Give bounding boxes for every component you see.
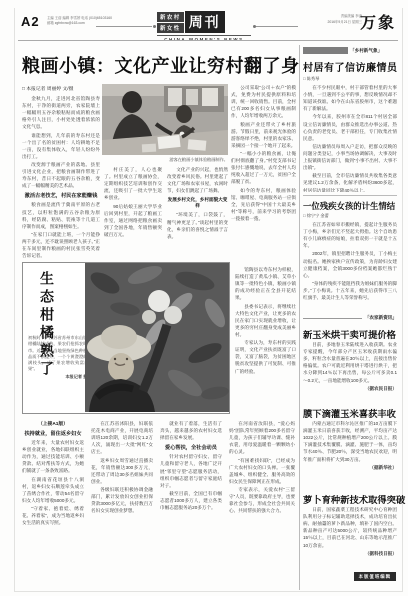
paragraph: 各级妇联还积极协调金融部门，累计发放妇女创业担保贷款3000多亿元，扶持数百万名… xyxy=(91,486,153,514)
paragraph: 金秋九月，走进河北省馆陶县寿东村，干净的街道两旁，农家院墙上一幅幅用五谷杂粮粘贴… xyxy=(22,95,100,131)
masthead-english-name: CHINA WOMEN'S NEWS xyxy=(157,35,251,43)
main-article-col1: □ 本报记者 周丽婷 文/摄 金秋九月，走进河北省馆陶县寿东村，干净的街道两旁，… xyxy=(22,84,100,260)
section-tag-row-2: 「农家新资讯」 xyxy=(303,315,397,321)
rc-article2-byline: □ 徐宁宁 金蕾 xyxy=(303,213,397,219)
newspaper-page: A2 主编 王蓓 编辑 李雪婷 电话 (010)65103160 邮箱 zgfn… xyxy=(0,0,408,596)
main-subhead-1: 激活古老技艺，村民在家能赚钱 xyxy=(22,192,100,199)
paragraph: 专家表示，关爱农村“三留守”人员，既要靠政府主导，也要靠社会参与，形成全社会共同… xyxy=(229,486,295,514)
paragraph: 如今的寿东村，粮画体验馆、咖啡屋、电商服务站一应俱全，先后获得“中国十大最美乡村… xyxy=(231,187,296,223)
paragraph: 截至目前，全市信访廉情员共收集各类意见建议1.2万余条，化解矛盾纠纷3600多起… xyxy=(303,172,397,192)
rc-news3-headline: 萝卜育种新技术取得突破 xyxy=(303,492,397,506)
paragraph: 近年来，大量农村妇女返乡创业就业，各地妇联组织主动作为，通过技能培训、小额贷款、… xyxy=(22,439,84,475)
paragraph: 目前，多地春玉米陆续进入收获期。农业专家提醒，今年部分产区玉米收获期雨水偏多，籽… xyxy=(303,341,397,384)
masthead-name-stack: 新农村 新女性 xyxy=(157,11,184,33)
header-bottom-rule xyxy=(18,40,398,41)
masthead-row2: 新女性 xyxy=(157,23,184,33)
paragraph: “守着家、抱着娃、绣着花、养着家”，成为当地返乡妇女生活的真实写照。 xyxy=(22,505,84,526)
paragraph: 90后姑娘王丽大学毕业后回到村里，开起了粮画工作室，通过网络把粮食画卖到了全国各… xyxy=(104,203,162,239)
paragraph: 返乡妇女周雪通过直播卖花，年销售额达300多万元，还带动了周边30多名姐妹共同创… xyxy=(91,457,153,485)
continued-article-col1: （上接A1版） 扶持就业，留住返乡妇女 近年来，大量农村妇女返乡创业就业，各地妇… xyxy=(22,420,84,588)
paragraph: “在家门口就能上班，一个月能挣两千多元，还不耽误照顾老人孩子。”正在车间里制作粮… xyxy=(22,231,100,259)
paragraph: 截至目前，全国已有巾帼志愿者1000多万人，建立各类巾帼志愿服务站20多万个。 xyxy=(160,490,222,511)
continued-article-col2: 在江苏省沭阳县，妇联依托花木电商产业，开展电商培训班120余期，培训妇女1.2万… xyxy=(91,420,153,588)
paragraph: 公司采取“公司＋农户”的模式，免费为村民提供原料和培训，统一回收销售。目前，全村… xyxy=(231,84,296,120)
main-article-col3: 文化产业的兴起，也悄然改变着乡风民俗。村里建起了文化广场和农家书屋，农闲时节，妇… xyxy=(167,166,228,258)
main-article-col4: 公司采取“公司＋农户”的模式，免费为村民提供原料和培训，统一回收销售。目前，全村… xyxy=(231,84,296,260)
header-dot-right xyxy=(253,25,256,28)
paragraph: “有困难找妇联”，已经成为广大农村妇女的口头禅。一张覆盖城乡、组织健全、服务高效… xyxy=(229,457,295,485)
grain-painting-photo xyxy=(102,84,228,155)
paragraph: 日前，国家蔬菜工程技术研究中心育种团队利用分子标记辅助选择技术，成功培育出抗病、… xyxy=(303,506,397,549)
paragraph: 专家认为，寿东村的实践证明，文化产业扶贫既富了口袋，又富了脑袋，为贫困地区脱贫攻… xyxy=(235,339,296,375)
main-headline: 粮画小镇：文化产业让穷村翻了身 xyxy=(22,52,298,78)
paragraph: 内蒙古通辽市科尔沁区推广的10万亩膜下滴灌玉米日前喜获丰收，经测产，平均亩产达1… xyxy=(303,420,397,463)
paragraph: 在不少村民眼中，村干部管着村里的大事小情，一旦遇到不公平的事，想反映情况却不知道… xyxy=(303,84,397,112)
rc-article2-headline: 一位残疾女孩的计生情结 xyxy=(303,200,397,212)
page-edge-left xyxy=(14,8,15,592)
rc-article1-body: 在不少村民眼中，村干部管着村里的大事小情，一旦遇到不公平的事，想反映情况却不知道… xyxy=(303,84,397,192)
citrus-photo xyxy=(85,263,229,412)
continued-article-col3: 就业有了着落，生活有了奔头，越来越多的农村妇女选择留在家乡发展。 爱心帮扶，全社… xyxy=(160,420,222,588)
editor-badge: 本版值班编辑 xyxy=(354,572,396,581)
masthead: 新农村 新女性 周刊 CHINA WOMEN'S NEWS xyxy=(157,11,251,42)
main-subhead-2: 发展乡村文化，乡村面貌大变样 xyxy=(167,197,228,209)
paragraph: 在江苏省沭阳县，妇联依托花木电商产业，开展电商培训班120余期，培训妇女1.2万… xyxy=(91,420,153,456)
rc-news1-headline: 新玉米烘干卖可提价格 xyxy=(303,327,397,341)
news-source: （据农民日报） xyxy=(303,385,397,392)
rc-news2-headline: 膜下滴灌玉米喜获丰收 xyxy=(303,406,397,420)
paragraph: 粮画产业还带火了乡村旅游。节假日里，前来观光体验的游客络绎不绝，村里的农家乐、采… xyxy=(231,121,296,149)
paragraph: 县委书记表示，将继续壮大特色文化产业，让更多的农民在家门口实现就业增收，让更多的… xyxy=(235,303,296,339)
rc-divider-1 xyxy=(303,195,397,196)
continued-article-col4: 在河南省汝阳县，“爱心妈妈”团队常年照顾着200多名留守儿童，为孩子们辅导功课、… xyxy=(229,420,295,588)
masthead-weekly-label: 周刊 xyxy=(185,11,225,33)
header-rule-left xyxy=(96,26,152,27)
paragraph: 2002年，镇里招聘计生服务员，丁小梅主动报名。她挨家挨户宣传政策，为育龄妇女建… xyxy=(303,250,397,278)
header-date: 2016年9月21日 星期三 xyxy=(328,20,363,26)
paragraph: 粮食画是流传于冀南平原的古老技艺，以籽粒饱满的五谷杂粮为原料，经防腐、粘贴、装裱… xyxy=(22,201,100,229)
continued-from-label: （上接A1版） xyxy=(22,420,84,427)
rc-article2-body: 在江苏省如皋市搬经镇，提起计生服务员丁小梅，乡亲们无不竖起大拇指。这个自幼患有小… xyxy=(303,221,397,311)
rc-news2-body: 内蒙古通辽市科尔沁区推广的10万亩膜下滴灌玉米日前喜获丰收，经测产，平均亩产达1… xyxy=(303,420,397,486)
paragraph: “环境美了，口袋鼓了，精气神更足了。”谈起村里的变化，乡亲们的喜悦之情溢于言表。 xyxy=(167,211,228,239)
paragraph: 信访廉情员每周入户走访，把群众反映的问题分类登记，小事当场协调解决，大事及时上报… xyxy=(303,143,397,171)
news-source: （据科技日报） xyxy=(303,550,397,557)
page-edge-bottom xyxy=(14,591,403,592)
main-photo-caption: 游客在粮画小镇体验粮画制作。 xyxy=(102,157,228,163)
header-rule-right xyxy=(256,26,298,27)
rc-article1-headline: 村居有了信访廉情员 xyxy=(303,59,397,74)
main-article-col5: 馆陶县以寿东村为样板，陆续打造了黄瓜小镇、艾草小镇等一批特色小镇，粮画小镇的成功… xyxy=(235,266,296,412)
header-date-block: 责编美编 李凌 2016年9月21日 星期三 xyxy=(328,14,363,26)
section-tag-2: 「农家新资讯」 xyxy=(365,315,397,321)
paragraph: 谁能想到，几年前的寿东村还是一个出了名的贫困村：人均耕地不足一亩，没有集体收入，… xyxy=(22,132,100,160)
tag-rule xyxy=(303,318,362,319)
paragraph: 就业有了着落，生活有了奔头，越来越多的农村妇女选择留在家乡发展。 xyxy=(160,420,222,441)
paragraph: 在河南省汝阳县，“爱心妈妈”团队常年照顾着200多名留守儿童，为孩子们辅导功课、… xyxy=(229,420,295,456)
paragraph: 村庄美了，人心也聚了。村里成立了粮画协会，定期组织技艺培训和创作交流，还吸引了一… xyxy=(104,166,162,202)
photo-feature-box: 生态柑橘熟了 初秋时节，江苏省苏州市东山镇的生态柑橘陆续成熟，果农们抢抓农时采摘… xyxy=(22,262,230,414)
main-byline: □ 本报记者 周丽婷 文/摄 xyxy=(22,85,100,92)
paragraph: 改变源于粮画产业的落地。县里引进文化企业，把粮食画制作带进了寿东村，昔日不起眼的… xyxy=(22,161,100,189)
masthead-row1: 新农村 xyxy=(157,12,184,22)
paragraph: 文化产业的兴起，也悄然改变着乡风民俗。村里建起了文化广场和农家书屋，农闲时节，妇… xyxy=(167,166,228,194)
rc-article1-byline: □ 陈秀琴 xyxy=(303,76,397,82)
paragraph: “一幅小小的粮食画，让俺们村彻底翻了身。”村党支部书记张付仁感慨地说，去年全村人… xyxy=(231,150,296,186)
paragraph: 今年以来，胶州市在全市811个村居全部设立信访廉情员，由群众推选出办事公道、热心… xyxy=(303,113,397,141)
section-tag-1: 「乡村新气象」 xyxy=(350,48,382,54)
paragraph: 针对农村留守妇女、留守儿童和留守老人，各地广泛开展“邻里守望”志愿服务活动，组织… xyxy=(160,453,222,489)
header-dot-left xyxy=(153,25,156,28)
column-divider xyxy=(299,45,300,590)
rc-news1-body: 目前，多地春玉米陆续进入收获期。农业专家提醒，今年部分产区玉米收获期雨水偏多，籽… xyxy=(303,341,397,401)
tag-bar xyxy=(303,47,348,54)
news-source: （据新华社） xyxy=(303,464,397,471)
continued-subhead-1: 扶持就业，留住返乡妇女 xyxy=(22,430,84,437)
paragraph: 在江苏省如皋市搬经镇，提起计生服务员丁小梅，乡亲们无不竖起大拇指。这个自幼患有小… xyxy=(303,221,397,249)
page-number: A2 xyxy=(21,14,40,29)
paragraph: “身体的残疾不能阻挡我为姐妹们服务的脚步。”丁小梅说。十五年来，她先后获得市三八… xyxy=(303,280,397,301)
paragraph: 馆陶县以寿东村为样板，陆续打造了黄瓜小镇、艾草小镇等一批特色小镇，粮画小镇的成功… xyxy=(235,266,296,302)
paragraph: 在湖南省花垣县十八洞村，返乡妇女石顺莲牵头成立了苗绣合作社，带动54名留守妇女人… xyxy=(22,476,84,504)
section-tag-row-1: 「乡村新气象」 xyxy=(303,47,397,54)
continued-subhead-2: 爱心帮扶，全社会动员 xyxy=(160,444,222,451)
rc-news3-body: 日前，国家蔬菜工程技术研究中心育种团队利用分子标记辅助选择技术，成功培育出抗病、… xyxy=(303,506,397,568)
main-article-col2: 村庄美了，人心也聚了。村里成立了粮画协会，定期组织技艺培训和创作交流，还吸引了一… xyxy=(104,166,162,258)
section-title: 万象 xyxy=(360,10,396,33)
